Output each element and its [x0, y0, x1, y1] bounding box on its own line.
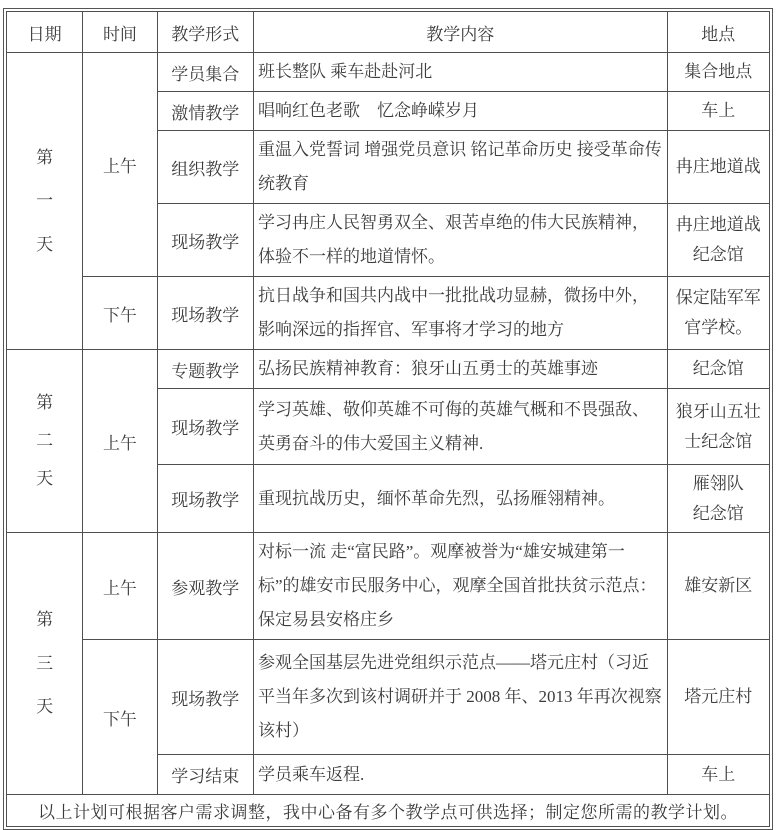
form-cell: 专题教学 — [157, 350, 253, 389]
location-cell: 雄安新区 — [667, 533, 769, 640]
form-cell: 学习结束 — [157, 755, 253, 795]
form-cell: 激情教学 — [157, 92, 253, 131]
form-cell: 组织教学 — [157, 131, 253, 204]
form-cell: 参观教学 — [157, 533, 253, 640]
location-cell: 雁翎队 纪念馆 — [667, 465, 769, 533]
day-1-label: 第一天 — [35, 136, 54, 266]
location-cell: 冉庄地道战 — [667, 131, 769, 204]
day-2-cell: 第二天 — [7, 350, 83, 533]
content-cell: 参观全国基层先进党组织示范点——塔元庄村（习近平当年多次到该村调研并于 2008… — [253, 640, 667, 755]
content-cell: 学员乘车返程. — [253, 755, 667, 795]
header-content: 教学内容 — [253, 12, 667, 53]
day-1-cell: 第一天 — [7, 53, 83, 350]
day-2-label: 第二天 — [35, 384, 54, 499]
form-cell: 现场教学 — [157, 465, 253, 533]
content-cell: 唱响红色老歌 忆念峥嵘岁月 — [253, 92, 667, 131]
teaching-plan-page: 日期 时间 教学形式 教学内容 地点 第一天 上午 学员集合 班长整队 乘车赴赴… — [0, 0, 780, 826]
location-cell: 冉庄地道战纪念馆 — [667, 204, 769, 277]
table-row: 第一天 上午 学员集合 班长整队 乘车赴赴河北 集合地点 — [7, 53, 770, 92]
day-2-am-cell: 上午 — [83, 350, 157, 533]
content-cell: 重温入党誓词 增强党员意识 铭记革命历史 接受革命传统教育 — [253, 131, 667, 204]
form-cell: 现场教学 — [157, 204, 253, 277]
location-cell: 集合地点 — [667, 53, 769, 92]
content-cell: 学习英雄、敬仰英雄不可侮的英雄气概和不畏强敌、英勇奋斗的伟大爱国主义精神. — [253, 389, 667, 465]
header-location: 地点 — [667, 12, 769, 53]
location-cell: 塔元庄村 — [667, 640, 769, 755]
footer-row: 以上计划可根据客户需求调整，我中心备有多个教学点可供选择；制定您所需的教学计划。 — [7, 795, 770, 827]
day-3-am-cell: 上午 — [83, 533, 157, 640]
header-time: 时间 — [83, 12, 157, 53]
header-row: 日期 时间 教学形式 教学内容 地点 — [7, 12, 770, 53]
table-row: 下午 现场教学 抗日战争和国共内战中一批批战功显赫，微扬中外，影响深远的指挥官、… — [7, 277, 770, 350]
table-row: 第二天 上午 专题教学 弘扬民族精神教育：狼牙山五勇士的英雄事迹 纪念馆 — [7, 350, 770, 389]
content-cell: 重现抗战历史，缅怀革命先烈，弘扬雁翎精神。 — [253, 465, 667, 533]
day-1-pm-cell: 下午 — [83, 277, 157, 350]
day-3-cell: 第三天 — [7, 533, 83, 795]
form-cell: 现场教学 — [157, 640, 253, 755]
day-3-label: 第三天 — [35, 598, 54, 728]
content-cell: 班长整队 乘车赴赴河北 — [253, 53, 667, 92]
teaching-plan-table: 日期 时间 教学形式 教学内容 地点 第一天 上午 学员集合 班长整队 乘车赴赴… — [6, 11, 770, 827]
form-cell: 学员集合 — [157, 53, 253, 92]
table-row: 第三天 上午 参观教学 对标一流 走“富民路”。观摩被誉为“雄安城建第一标”的雄… — [7, 533, 770, 640]
location-cell: 车上 — [667, 92, 769, 131]
form-cell: 现场教学 — [157, 389, 253, 465]
day-1-am-cell: 上午 — [83, 53, 157, 277]
content-cell: 弘扬民族精神教育：狼牙山五勇士的英雄事迹 — [253, 350, 667, 389]
teaching-plan-table-frame: 日期 时间 教学形式 教学内容 地点 第一天 上午 学员集合 班长整队 乘车赴赴… — [3, 8, 773, 830]
location-cell: 纪念馆 — [667, 350, 769, 389]
form-cell: 现场教学 — [157, 277, 253, 350]
location-cell: 保定陆军军官学校。 — [667, 277, 769, 350]
location-cell: 车上 — [667, 755, 769, 795]
content-cell: 学习冉庄人民智勇双全、艰苦卓绝的伟大民族精神，体验不一样的地道情怀。 — [253, 204, 667, 277]
content-cell: 抗日战争和国共内战中一批批战功显赫，微扬中外，影响深远的指挥官、军事将才学习的地… — [253, 277, 667, 350]
location-cell: 狼牙山五壮士纪念馆 — [667, 389, 769, 465]
header-form: 教学形式 — [157, 12, 253, 53]
table-row: 下午 现场教学 参观全国基层先进党组织示范点——塔元庄村（习近平当年多次到该村调… — [7, 640, 770, 755]
footer-note: 以上计划可根据客户需求调整，我中心备有多个教学点可供选择；制定您所需的教学计划。 — [7, 795, 770, 827]
content-cell: 对标一流 走“富民路”。观摩被誉为“雄安城建第一标”的雄安市民服务中心，观摩全国… — [253, 533, 667, 640]
header-date: 日期 — [7, 12, 83, 53]
day-3-pm-cell: 下午 — [83, 640, 157, 795]
